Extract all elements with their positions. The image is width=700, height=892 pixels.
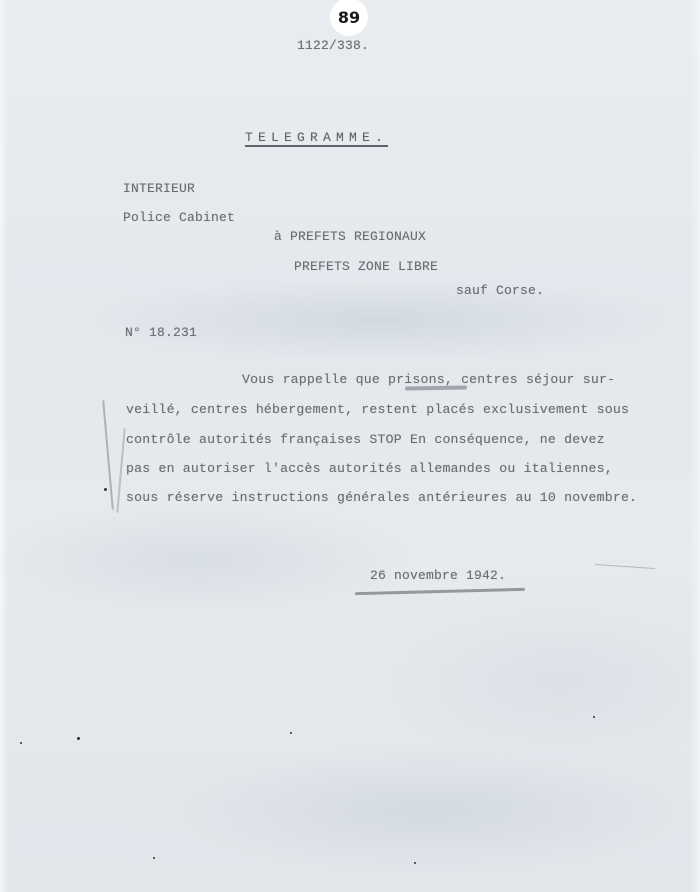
sender-ministry: INTERIEUR <box>123 181 195 196</box>
pencil-stroke-mark <box>595 564 655 569</box>
scan-edge-left <box>0 0 8 892</box>
body-line: pas en autoriser l'accès autorités allem… <box>126 461 613 476</box>
recipient-line-1: à PREFETS REGIONAUX <box>274 229 426 244</box>
margin-pencil-mark <box>102 400 113 510</box>
body-line: Vous rappelle que prisons, centres séjou… <box>242 372 615 387</box>
scan-speck <box>104 488 107 491</box>
telegram-number: N° 18.231 <box>125 325 197 340</box>
page-number-text: 89 <box>338 8 360 27</box>
scan-speck <box>20 742 22 744</box>
body-line: contrôle autorités françaises STOP En co… <box>126 432 605 447</box>
scan-edge-right <box>690 0 700 892</box>
margin-pencil-mark <box>116 428 125 513</box>
scan-speck <box>593 716 595 718</box>
pencil-underline-date <box>355 588 525 595</box>
recipient-line-3: sauf Corse. <box>456 283 544 298</box>
document-title: TELEGRAMME. <box>245 130 388 145</box>
reference-number: 1122/338. <box>297 38 369 53</box>
scan-speck <box>77 737 80 740</box>
scanned-document-page: 89 1122/338. TELEGRAMME. INTERIEUR Polic… <box>0 0 700 892</box>
scan-speck <box>290 732 292 734</box>
pencil-underline-prisons <box>405 385 467 390</box>
scan-speck <box>153 857 155 859</box>
sender-office: Police Cabinet <box>123 210 235 225</box>
scan-speck <box>414 862 416 864</box>
page-number-stamp: 89 <box>330 0 368 36</box>
document-date: 26 novembre 1942. <box>370 568 506 583</box>
recipient-line-2: PREFETS ZONE LIBRE <box>294 259 438 274</box>
body-line: veillé, centres hébergement, restent pla… <box>126 402 629 417</box>
body-line: sous réserve instructions générales anté… <box>126 490 637 505</box>
